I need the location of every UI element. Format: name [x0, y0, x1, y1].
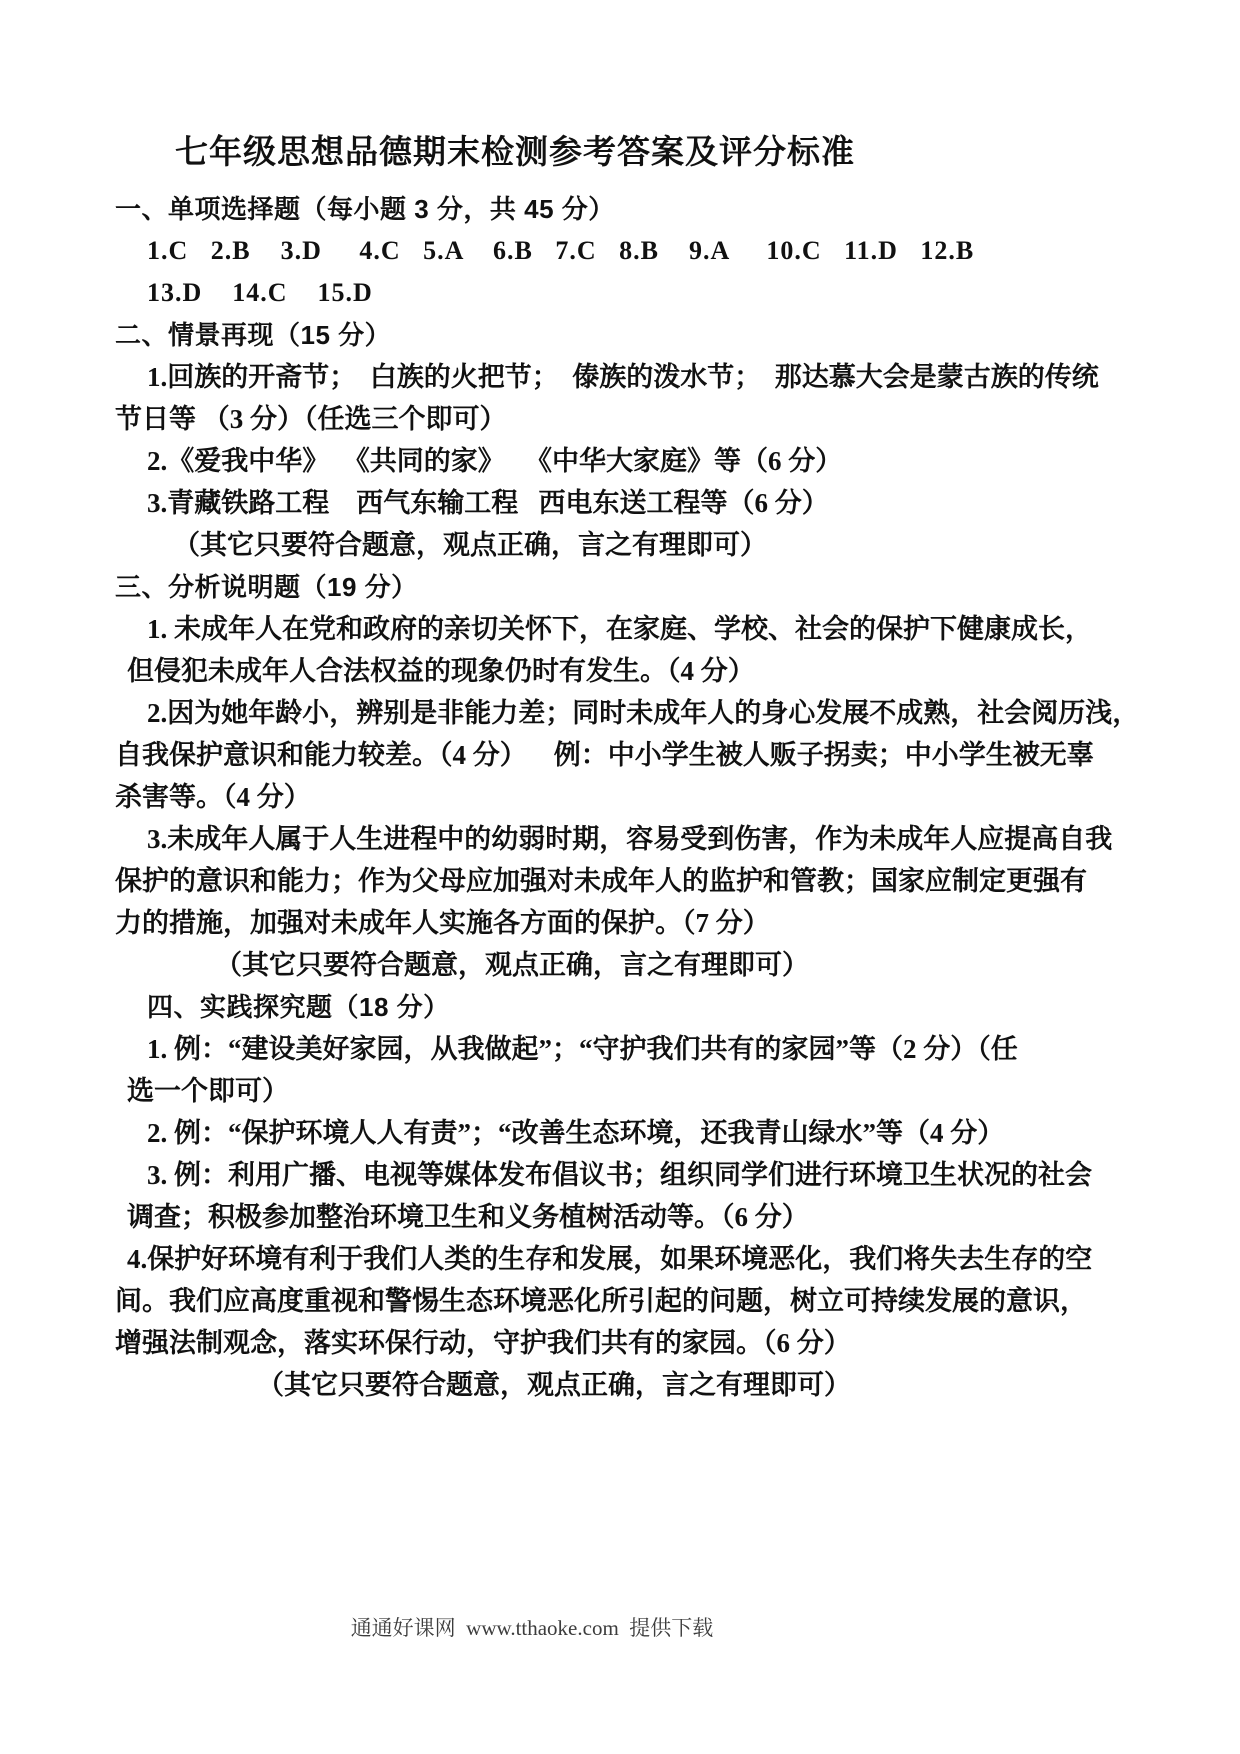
- text-line: 自我保护意识和能力较差。（4 分） 例：中小学生被人贩子拐卖；中小学生被无辜: [115, 734, 1220, 776]
- text-line: 2.《爱我中华》 《共同的家》 《中华大家庭》等（6 分）: [115, 440, 1220, 482]
- text-line: 2.因为她年龄小，辨别是非能力差；同时未成年人的身心发展不成熟，社会阅历浅，: [115, 692, 1220, 734]
- text-line: 3.未成年人属于人生进程中的幼弱时期，容易受到伤害，作为未成年人应提高自我: [115, 818, 1220, 860]
- text-line: 节日等 （3 分）（任选三个即可）: [115, 398, 1220, 440]
- text-line: 调查；积极参加整治环境卫生和义务植树活动等。（6 分）: [115, 1196, 1220, 1238]
- remark-line: （其它只要符合题意，观点正确，言之有理即可）: [115, 524, 1220, 566]
- watermark-footer: 通通好课网 www.tthaoke.com 提供下载: [0, 1612, 1240, 1642]
- text-line: 但侵犯未成年人合法权益的现象仍时有发生。（4 分）: [115, 650, 1220, 692]
- section-heading: 二、情景再现（15 分）: [115, 314, 1220, 356]
- text-line: 1.回族的开斋节； 白族的火把节； 傣族的泼水节； 那达慕大会是蒙古族的传统: [115, 356, 1220, 398]
- text-line: 3.青藏铁路工程 西气东输工程 西电东送工程等（6 分）: [115, 482, 1220, 524]
- text-line: 1. 例：“建设美好家园，从我做起”；“守护我们共有的家园”等（2 分）（任: [115, 1028, 1220, 1070]
- scanned-document-page: 七年级思想品德期末检测参考答案及评分标准 一、单项选择题（每小题 3 分，共 4…: [0, 0, 1240, 1754]
- text-line: 力的措施，加强对未成年人实施各方面的保护。（7 分）: [115, 902, 1220, 944]
- document-body: 一、单项选择题（每小题 3 分，共 45 分） 1.C 2.B 3.D 4.C …: [115, 188, 1220, 1406]
- text-line: 2. 例：“保护环境人人有责”；“改善生态环境，还我青山绿水”等（4 分）: [115, 1112, 1220, 1154]
- text-line: 间。我们应高度重视和警惕生态环境恶化所引起的问题，树立可持续发展的意识，: [115, 1280, 1220, 1322]
- section-heading: 一、单项选择题（每小题 3 分，共 45 分）: [115, 188, 1220, 230]
- page-title: 七年级思想品德期末检测参考答案及评分标准: [0, 126, 1240, 173]
- text-line: 杀害等。（4 分）: [115, 776, 1220, 818]
- text-line: 3. 例：利用广播、电视等媒体发布倡议书；组织同学们进行环境卫生状况的社会: [115, 1154, 1220, 1196]
- text-line: 保护的意识和能力；作为父母应加强对未成年人的监护和管教；国家应制定更强有: [115, 860, 1220, 902]
- text-line: 选一个即可）: [115, 1070, 1220, 1112]
- answer-row: 1.C 2.B 3.D 4.C 5.A 6.B 7.C 8.B 9.A 10.C…: [115, 230, 1220, 272]
- section-heading: 三、分析说明题（19 分）: [115, 566, 1220, 608]
- text-line: 4.保护好环境有利于我们人类的生存和发展，如果环境恶化，我们将失去生存的空: [115, 1238, 1220, 1280]
- remark-line: （其它只要符合题意，观点正确，言之有理即可）: [115, 1364, 1220, 1406]
- section-heading: 四、实践探究题（18 分）: [115, 986, 1220, 1028]
- text-line: 增强法制观念，落实环保行动，守护我们共有的家园。（6 分）: [115, 1322, 1220, 1364]
- answer-row: 13.D 14.C 15.D: [115, 272, 1220, 314]
- remark-line: （其它只要符合题意，观点正确，言之有理即可）: [115, 944, 1220, 986]
- text-line: 1. 未成年人在党和政府的亲切关怀下，在家庭、学校、社会的保护下健康成长，: [115, 608, 1220, 650]
